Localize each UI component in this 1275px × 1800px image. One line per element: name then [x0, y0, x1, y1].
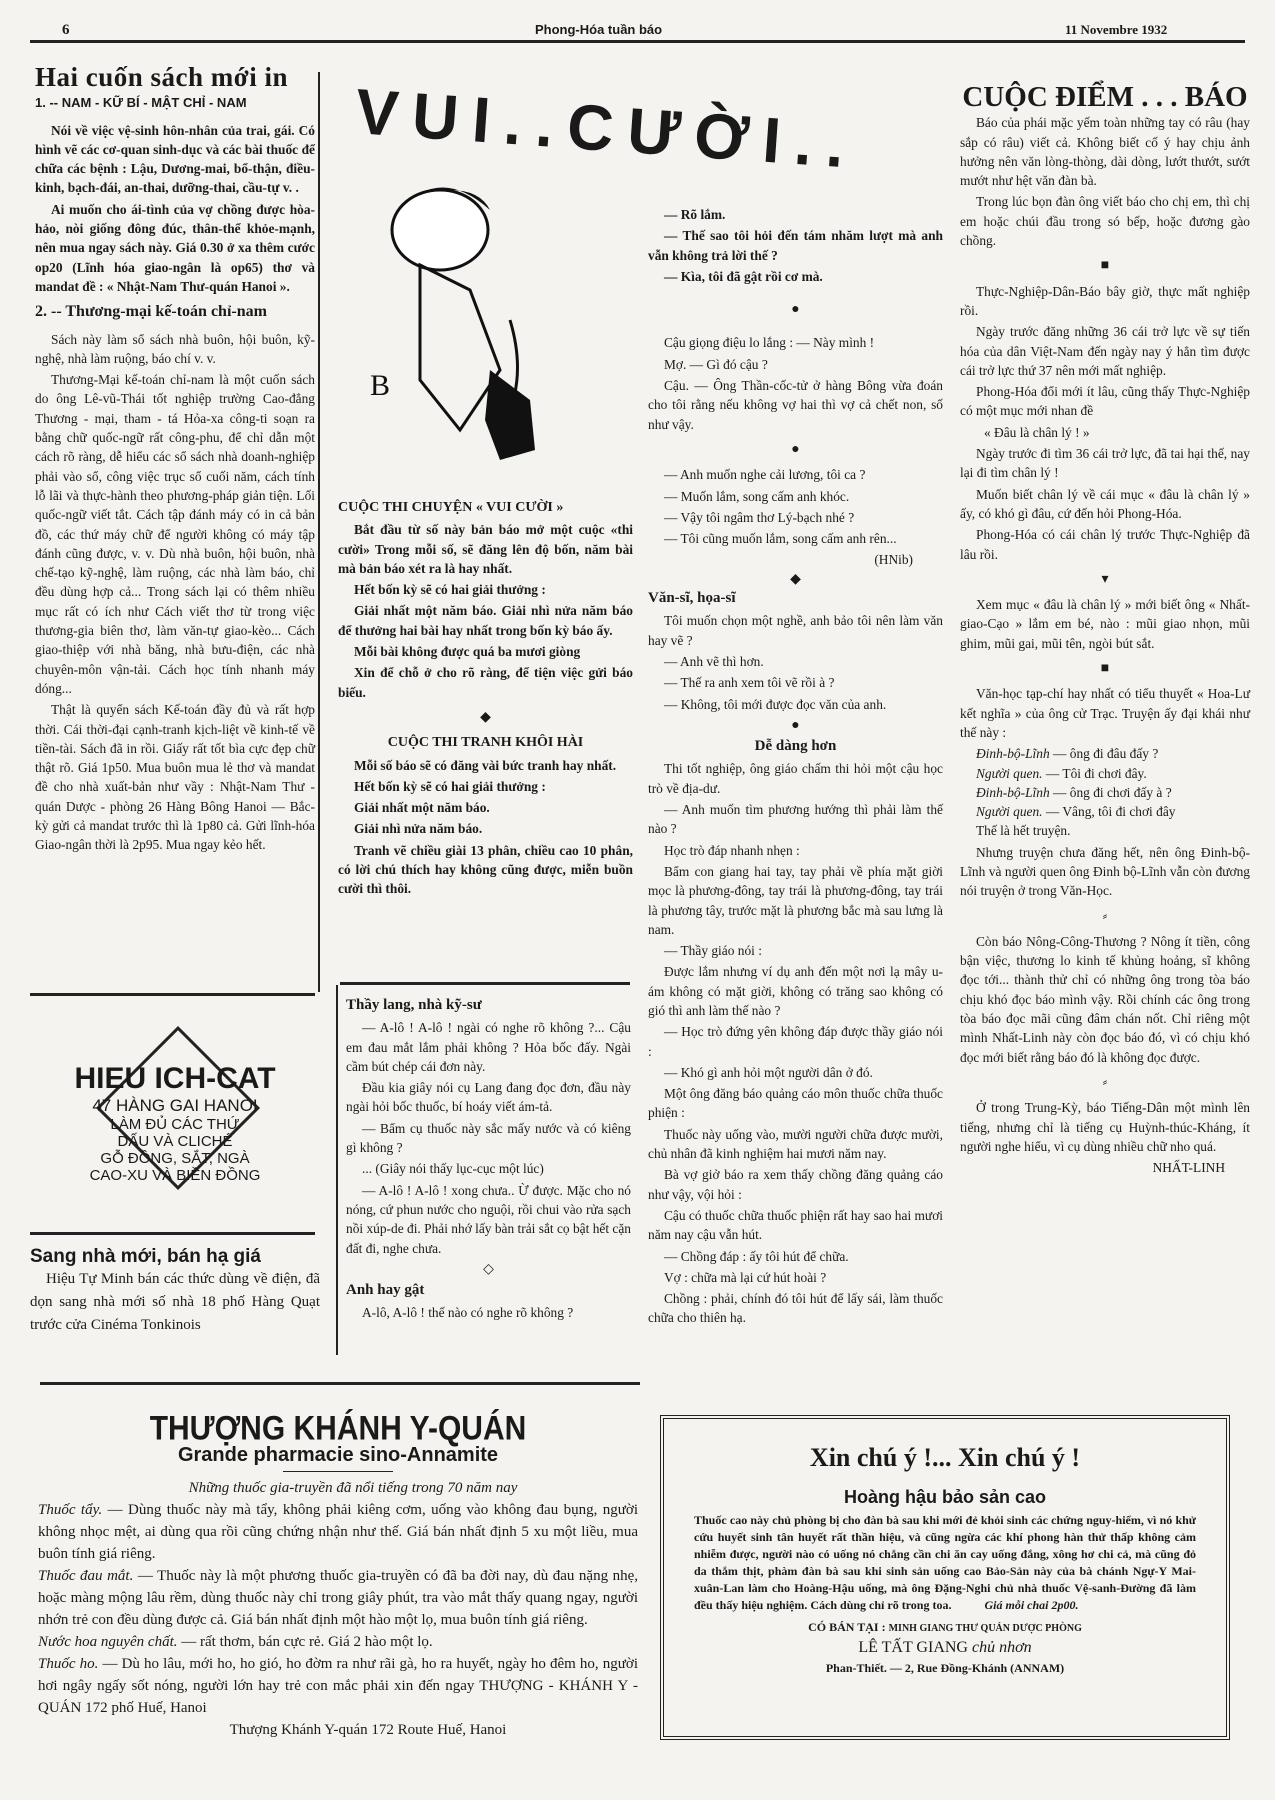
ad-thuong-khanh: THƯỢNG KHÁNH Y-QUÁN Grande pharmacie sin… [38, 1400, 638, 1741]
diamond-outline-icon: ◇ [346, 1260, 631, 1279]
story2-heading: Anh hay gật [346, 1281, 631, 1300]
joke-line: — Thầy giáo nói : [648, 941, 943, 960]
joke-line: Tôi muốn chọn một nghề, anh bảo tôi nên … [648, 611, 943, 650]
story1-para: — A-lô ! A-lô ! ngài có nghe rõ không ?.… [346, 1018, 631, 1076]
sang-nha-text: Hiệu Tự Minh bán các thức dùng về điện, … [30, 1268, 320, 1337]
joke-line: — Không, tôi mới được đọc văn của anh. [648, 695, 943, 714]
book1-heading: 1. -- NAM - KỮ BÍ - MẬT CHỈ - NAM [35, 93, 315, 112]
story5-heading: Văn-sĩ, họa-sĩ [648, 589, 943, 608]
contest1-heading: CUỘC THI CHUYỆN « VUI CƯỜI » [338, 498, 633, 517]
joke-line: — Học trò đứng yên không đáp được thầy g… [648, 1022, 943, 1061]
bullet-dot-icon: ● [648, 440, 943, 459]
review-para: Nhưng truyện chưa đăng hết, nên ông Đinh… [960, 843, 1250, 901]
review-para: « Đâu là chân lý ! » [960, 423, 1250, 442]
ad-address: Phan-Thiết. — 2, Rue Đồng-Khánh (ANNAM) [694, 1661, 1196, 1676]
ad-hieu-name: HIEU ICH-CAT [40, 1062, 310, 1096]
pharmacy-item: Thuốc tẩy. — Dùng thuốc này mà tẩy, khôn… [38, 1499, 638, 1565]
author-signature: NHẤT-LINH [960, 1158, 1250, 1177]
review-para: Ngày trước đăng những 36 cái trở lực về … [960, 322, 1250, 380]
ad-hieu-line: DẤU VÀ CLICHÉ [40, 1133, 310, 1150]
ad-owner: LÊ TẤT GIANG chủ nhơn [694, 1639, 1196, 1657]
review-para: Muốn biết chân lý về cái mục « đâu là ch… [960, 485, 1250, 524]
book2-para: Thương-Mại kế-toán chỉ-nam là một cuốn s… [35, 370, 315, 698]
dialogue-line: Người quen. — Tôi đi chơi đây. [960, 764, 1250, 783]
story1-para: ... (Giây nói thấy lục-cục một lúc) [346, 1159, 631, 1178]
column-books: Hai cuốn sách mới in 1. -- NAM - KỮ BÍ -… [35, 68, 315, 857]
contest1-para: Bắt đầu từ số này bản báo mở một cuộc «t… [338, 520, 633, 578]
ad-hieu-line: CAO-XU VÀ BIỀN ĐỒNG [40, 1167, 310, 1184]
issue-date: 11 Novembre 1932 [1065, 22, 1167, 38]
column-rule [340, 982, 630, 985]
joke-line: — Rõ lắm. [648, 205, 943, 224]
ad-hieu-line: LÀM ĐỦ CÁC THỨ [40, 1116, 310, 1133]
section-rule [40, 1382, 640, 1385]
column-jokes: — Rõ lắm. — Thế sao tôi hỏi đến tám nhăm… [648, 205, 943, 1330]
mark-ornament-icon: ⸗ [960, 1073, 1250, 1092]
joke-line: Một ông đăng báo quảng cáo môn thuốc chữ… [648, 1084, 943, 1123]
joke-line: Bẩm con giang hai tay, tay phải về phía … [648, 862, 943, 939]
cartoon-man-icon: B [360, 170, 580, 480]
diamond-icon: ◆ [338, 708, 633, 727]
joke-line: Thi tốt nghiệp, ông giáo chấm thi hỏi mộ… [648, 759, 943, 798]
column-stories: Thầy lang, nhà kỹ-sư — A-lô ! A-lô ! ngà… [346, 990, 631, 1325]
review-para: Văn-học tạp-chí hay nhất có tiểu thuyết … [960, 684, 1250, 742]
dialogue-line: Đinh-bộ-Lĩnh — ông đi đâu đấy ? [960, 744, 1250, 763]
joke-line: — Kìa, tôi đã gật rồi cơ mà. [648, 267, 943, 286]
ad-sold-at: CÓ BÁN TẠI : MINH GIANG THƯ QUÁN DƯỢC PH… [694, 1620, 1196, 1635]
svg-text:B: B [370, 369, 390, 402]
pharmacy-tagline: Những thuốc gia-truyền đã nổi tiếng tron… [38, 1477, 638, 1499]
cartoon-illustration: B [360, 170, 580, 480]
subtitle-rule [283, 1471, 393, 1472]
column-divider [318, 72, 320, 992]
joke-line: Chồng : phải, chính đó tôi hút để lấy sá… [648, 1289, 943, 1328]
book2-para: Thật là quyển sách Kế-toán đầy đủ và rất… [35, 700, 315, 854]
book1-para: Nói về việc vệ-sinh hôn-nhân của trai, g… [35, 121, 315, 198]
review-para: Trong lúc bọn đàn ông viết báo cho chị e… [960, 192, 1250, 250]
review-para: Còn báo Nông-Công-Thương ? Nông ít tiền,… [960, 932, 1250, 1067]
newspaper-title: Phong-Hóa tuần báo [535, 22, 662, 37]
joke-line: — Muốn lắm, song cấm anh khóc. [648, 487, 943, 506]
ad-hieu-line: GỖ ĐỒNG, SẮT, NGÀ [40, 1150, 310, 1167]
dialogue-line: Người quen. — Vâng, tôi đi chơi đây [960, 802, 1250, 821]
story1-para: Đầu kia giây nói cụ Lang đang đọc đơn, đ… [346, 1078, 631, 1117]
contest2-para: Giải nhì nửa năm báo. [338, 819, 633, 838]
story6-heading: Dễ dàng hơn [648, 737, 943, 756]
joke-line: — Anh muốn tìm phương hướng thì phải làm… [648, 800, 943, 839]
joke-line: Cậu có thuốc chữa thuốc phiện rất hay sa… [648, 1206, 943, 1245]
column-divider [336, 985, 338, 1355]
book2-heading: 2. -- Thương-mại kế-toán chỉ-nam [35, 302, 315, 321]
column-press-review: CUỘC ĐIỂM . . . BÁO Báo của phái mặc yếm… [960, 88, 1250, 1177]
review-para: Thực-Nghiệp-Dân-Báo bây giờ, thực mất ng… [960, 282, 1250, 321]
story1-heading: Thầy lang, nhà kỹ-sư [346, 996, 631, 1015]
story2-para: A-lô, A-lô ! thế nào có nghe rõ không ? [346, 1303, 631, 1322]
ad-hieu-line: 47 HÀNG GAI HANOI [40, 1096, 310, 1116]
joke-line: — Vậy tôi ngâm thơ Lý-bạch nhé ? [648, 508, 943, 527]
joke-line: Cậu giọng điệu lo lắng : — Này mình ! [648, 333, 943, 352]
joke-signature: (HNib) [648, 550, 943, 569]
flag-ornament-icon: ▾ [960, 570, 1250, 589]
press-review-title: CUỘC ĐIỂM . . . BÁO [960, 88, 1250, 107]
ad-headline: Xin chú ý !... Xin chú ý ! [694, 1443, 1196, 1473]
pharmacy-item: Thuốc đau mắt. — Thuốc này là một phương… [38, 1565, 638, 1631]
page-number: 6 [62, 22, 70, 39]
pharmacy-item: Thuốc ho. — Dù ho lâu, mới ho, ho gió, h… [38, 1653, 638, 1719]
joke-line: Cậu. — Ông Thần-cốc-tử ở hàng Bông vừa đ… [648, 376, 943, 434]
review-para: Xem mục « đâu là chân lý » mới biết ông … [960, 595, 1250, 653]
sang-nha-title: Sang nhà mới, bán hạ giá [30, 1245, 320, 1268]
ad-divider [30, 1232, 315, 1235]
header-rule [30, 40, 1245, 43]
joke-line: Được lắm nhưng ví dụ anh đến một nơi lạ … [648, 962, 943, 1020]
mark-ornament-icon: ⸗ [960, 907, 1250, 926]
diamond-icon: ◆ [648, 570, 943, 589]
joke-line: — Anh vẽ thì hơn. [648, 652, 943, 671]
review-para: Báo của phái mặc yếm toàn những tay có r… [960, 113, 1250, 190]
square-ornament-icon: ■ [960, 256, 1250, 275]
book1-para: Ai muốn cho ái-tình của vợ chồng được hò… [35, 200, 315, 296]
ad-hoang-hau: Xin chú ý !... Xin chú ý ! Hoàng hậu bảo… [660, 1415, 1230, 1740]
sang-nha-ad: Sang nhà mới, bán hạ giá Hiệu Tự Minh bá… [30, 1245, 320, 1339]
books-title: Hai cuốn sách mới in [35, 68, 315, 87]
joke-line: — Khó gì anh hỏi một người dân ở đó. [648, 1063, 943, 1082]
square-ornament-icon: ■ [960, 659, 1250, 678]
contest1-para: Giải nhất một năm báo. Giải nhì nửa năm … [338, 601, 633, 640]
contest1-para: Mỗi bài không được quá ba mươi giòng [338, 642, 633, 661]
column-contests: CUỘC THI CHUYỆN « VUI CƯỜI » Bắt đầu từ … [338, 492, 633, 901]
joke-line: Vợ : chữa mà lại cứ hút hoài ? [648, 1268, 943, 1287]
joke-line: — Anh muốn nghe cải lương, tôi ca ? [648, 465, 943, 484]
pharmacy-address: Thượng Khánh Y-quán 172 Route Huế, Hanoi [38, 1719, 638, 1741]
ad-title: Hoàng hậu bảo sản cao [694, 1487, 1196, 1508]
joke-line: — Thế ra anh xem tôi vẽ rồi à ? [648, 673, 943, 692]
review-para: Thế là hết truyện. [960, 821, 1250, 840]
review-para: Ở trong Trung-Kỳ, báo Tiếng-Dân một mình… [960, 1098, 1250, 1156]
review-para: Ngày trước đi tìm 36 cái trở lực, đã tai… [960, 444, 1250, 483]
ad-divider [30, 993, 315, 996]
bullet-dot-icon: ● [648, 300, 943, 319]
joke-line: Học trò đáp nhanh nhẹn : [648, 841, 943, 860]
joke-line: Bà vợ giở báo ra xem thấy chồng đăng quả… [648, 1165, 943, 1204]
bullet-dot-icon: ● [648, 716, 943, 735]
ad-hieu-ich-cat: HIEU ICH-CAT 47 HÀNG GAI HANOI LÀM ĐỦ CÁ… [40, 1010, 310, 1210]
joke-line: Mợ. — Gì đó cậu ? [648, 355, 943, 374]
story1-para: — A-lô ! A-lô ! xong chưa.. Ừ được. Mặc … [346, 1181, 631, 1258]
contest2-para: Mỗi số báo sẽ có đăng vài bức tranh hay … [338, 756, 633, 775]
joke-line: Thuốc này uống vào, mười người chữa được… [648, 1125, 943, 1164]
pharmacy-item: Nước hoa nguyên chất. — rất thơm, bán cự… [38, 1631, 638, 1653]
joke-line: — Chồng đáp : ấy tôi hút để chữa. [648, 1247, 943, 1266]
pharmacy-title: THƯỢNG KHÁNH Y-QUÁN [38, 1416, 638, 1441]
contest2-para: Hết bốn kỳ sẽ có hai giải thưởng : [338, 777, 633, 796]
book2-para: Sách này làm sổ sách nhà buôn, hội buôn,… [35, 330, 315, 369]
contest2-heading: CUỘC THI TRANH KHÔI HÀI [338, 733, 633, 752]
contest1-para: Hết bốn kỳ sẽ có hai giải thưởng : [338, 580, 633, 599]
contest1-para: Xin để chỗ ở cho rõ ràng, để tiện việc g… [338, 663, 633, 702]
joke-line: — Thế sao tôi hỏi đến tám nhăm lượt mà a… [648, 226, 943, 265]
joke-line: — Tôi cũng muốn lắm, song cấm anh rên... [648, 529, 943, 548]
contest2-para: Giải nhất một năm báo. [338, 798, 633, 817]
story1-para: — Bẩm cụ thuốc này sắc mấy nước và có ki… [346, 1119, 631, 1158]
review-para: Phong-Hóa đổi mới ít lâu, cũng thấy Thực… [960, 382, 1250, 421]
dialogue-line: Đinh-bộ-Lĩnh — ông đi chơi đấy à ? [960, 783, 1250, 802]
review-para: Phong-Hóa có cái chân lý trước Thực-Nghi… [960, 525, 1250, 564]
contest2-para: Tranh vẽ chiều giài 13 phân, chiều cao 1… [338, 841, 633, 899]
ad-body: Thuốc cao này chủ phòng bị cho đàn bà sa… [694, 1512, 1196, 1614]
